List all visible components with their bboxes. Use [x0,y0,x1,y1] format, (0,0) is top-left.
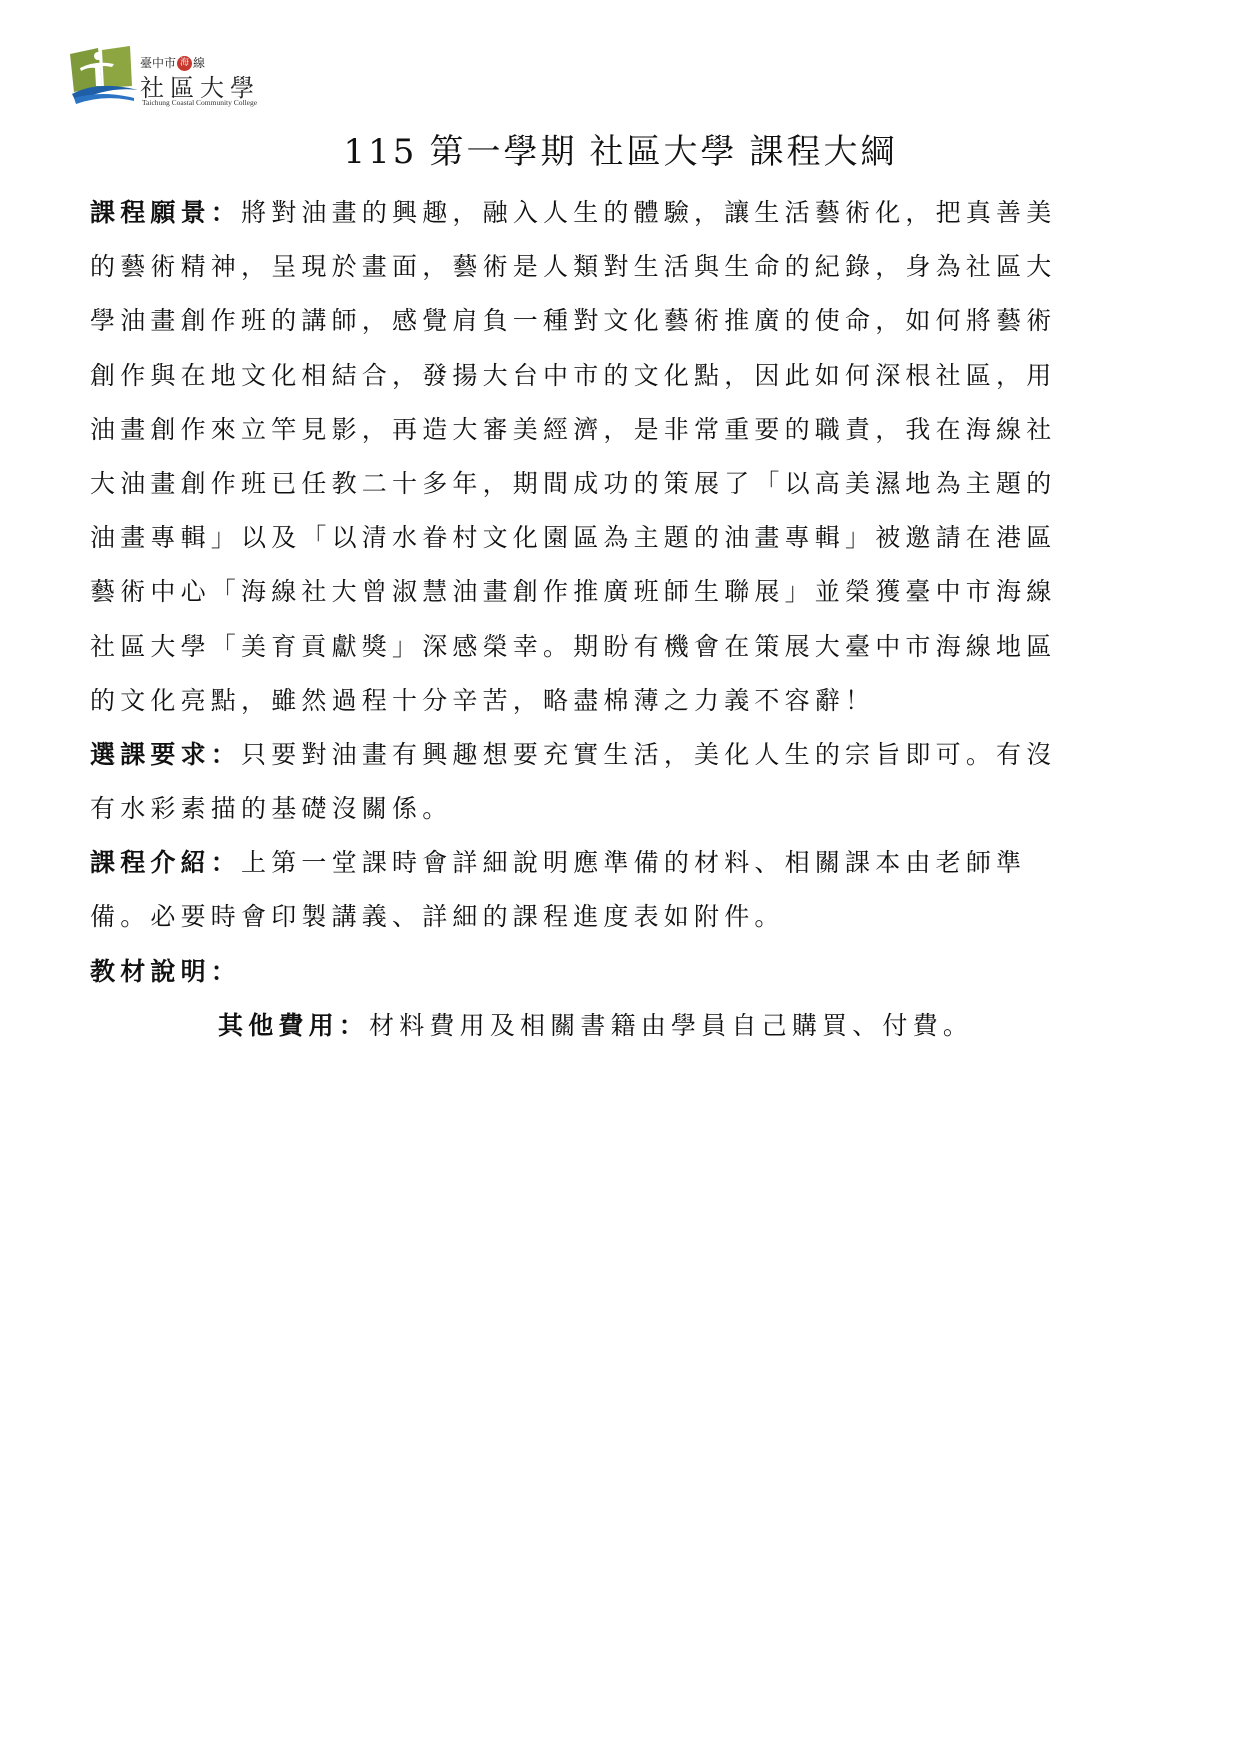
vision-line: 社區大學「美育貢獻獎」深感榮幸。期盼有機會在策展大臺中市海線地區 [90,620,1130,674]
title-school: 社區大學 [589,132,737,172]
logo-english-name: Taichung Coastal Community College [142,98,257,107]
other-fees-line: 其他費用：材料費用及相關書籍由學員自己購買、付費。 [90,999,1130,1053]
introduction-line: 備。必要時會印製講義、詳細的課程進度表如附件。 [90,890,1130,944]
requirements-line: 選課要求：只要對油畫有興趣想要充實生活，美化人生的宗旨即可。有沒 [90,728,1130,782]
vision-line: 油畫專輯」以及「以清水眷村文化園區為主題的油畫專輯」被邀請在港區 [90,511,1130,565]
materials-line: 教材說明： [90,945,1130,999]
other-fees-label: 其他費用： [218,1011,369,1040]
vision-line: 創作與在地文化相結合，發揚大台中市的文化點，因此如何深根社區，用 [90,349,1130,403]
vision-label: 課程願景： [90,198,241,227]
other-fees-text: 材料費用及相關書籍由學員自己購買、付費。 [369,1011,973,1040]
open-book-figure-icon [68,46,140,106]
vision-line: 大油畫創作班已任教二十多年，期間成功的策展了「以高美濕地為主題的 [90,457,1130,511]
college-logo: 臺中市海線 社區大學 Taichung Coastal Community Co… [68,46,268,108]
vision-line: 課程願景：將對油畫的興趣，融入人生的體驗，讓生活藝術化，把真善美 [90,186,1130,240]
requirements-label: 選課要求： [90,740,241,769]
title-semester: 第一學期 [429,132,577,172]
vision-line: 學油畫創作班的講師，感覺肩負一種對文化藝術推廣的使命，如何將藝術 [90,294,1130,348]
vision-line: 油畫創作來立竿見影，再造大審美經濟，是非常重要的職責，我在海線社 [90,403,1130,457]
title-doc-type: 課程大綱 [749,132,897,172]
vision-line: 藝術中心「海線社大曾淑慧油畫創作推廣班師生聯展」並榮獲臺中市海線 [90,565,1130,619]
page-title: 115第一學期社區大學課程大綱 [0,124,1241,173]
vision-line: 的文化亮點，雖然過程十分辛苦，略盡棉薄之力義不容辭！ [90,674,1130,728]
title-year: 115 [344,132,418,172]
vision-line: 的藝術精神，呈現於畫面，藝術是人類對生活與生命的紀錄，身為社區大 [90,240,1130,294]
introduction-line: 課程介紹：上第一堂課時會詳細說明應準備的材料、相關課本由老師準 [90,836,1130,890]
materials-label: 教材說明： [90,957,241,986]
syllabus-body: 課程願景：將對油畫的興趣，融入人生的體驗，讓生活藝術化，把真善美 的藝術精神，呈… [90,186,1130,1053]
requirements-line: 有水彩素描的基礎沒關係。 [90,782,1130,836]
introduction-label: 課程介紹： [90,848,241,877]
